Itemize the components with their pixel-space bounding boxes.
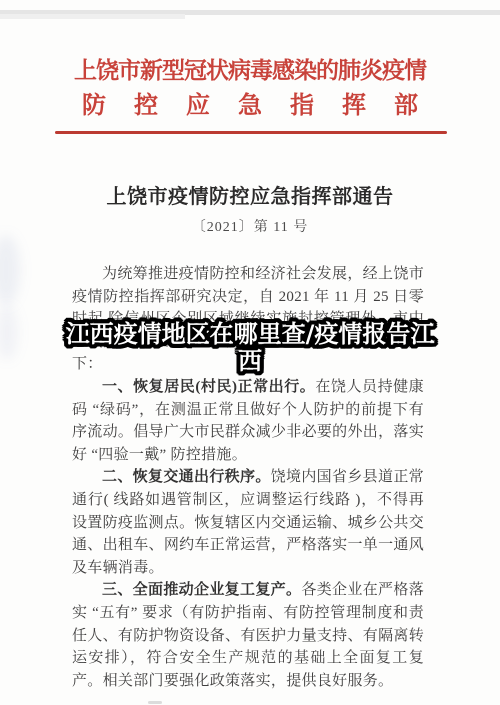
- letterhead-divider: [55, 131, 447, 134]
- paragraph-lead: 二、恢复交通出行秩序。: [102, 469, 271, 485]
- paragraph-lead: 三、全面推动企业复工复产。: [102, 582, 301, 598]
- paper-bottom-mark: [148, 701, 162, 704]
- paragraph-item-1: 一、恢复居民(村民)正常出行。在饶人员持健康码 “绿码”，在测温正常且做好个人防…: [72, 376, 424, 466]
- paragraph-item-2: 二、恢复交通出行秩序。饶境内国省乡县道正常通行( 线路如遇管制区，应调整运行线路…: [72, 466, 424, 579]
- paragraph-lead: 一、恢复居民(村民)正常出行。: [102, 379, 315, 395]
- notice-title: 上饶市疫情防控应急指挥部通告: [0, 180, 500, 209]
- caption-line2: 西: [0, 348, 500, 375]
- letterhead: 上饶市新型冠状病毒感染的肺炎疫情 防控应急指挥部: [0, 56, 500, 120]
- letterhead-line2: 防控应急指挥部: [82, 92, 418, 120]
- paper-top-edge-shadow: [0, 14, 185, 19]
- letterhead-line1: 上饶市新型冠状病毒感染的肺炎疫情: [0, 56, 500, 86]
- caption-line1: 江西疫情地区在哪里查/疫情报告江: [0, 321, 500, 348]
- paper-smudge: [0, 235, 20, 305]
- paragraph-item-3: 三、全面推动企业复工复产。各类企业在严格落实 “五有” 要求（有防护指南、有防控…: [72, 579, 424, 692]
- doc-number: 〔2021〕第 11 号: [0, 216, 500, 236]
- video-caption-overlay: 江西疫情地区在哪里查/疫情报告江 西: [0, 321, 500, 375]
- document-page: 上饶市新型冠状病毒感染的肺炎疫情 防控应急指挥部 上饶市疫情防控应急指挥部通告 …: [0, 0, 500, 705]
